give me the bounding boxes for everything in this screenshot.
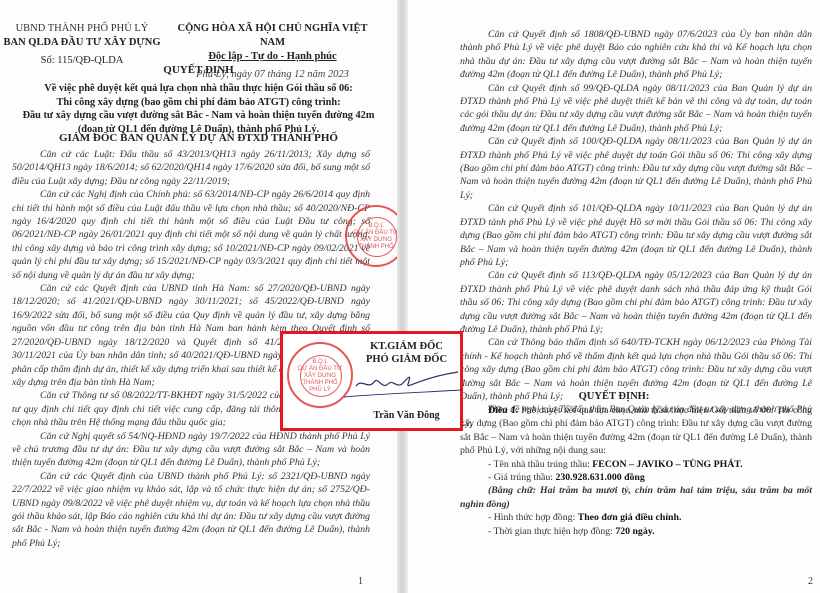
legal-basis-paragraph: Căn cứ Quyết định số 100/QĐ-QLDA ngày 08… xyxy=(460,135,812,202)
contract-type: - Hình thức hợp đồng: Theo đơn giá điều … xyxy=(460,511,812,524)
issuing-authority: GIÁM ĐỐC BAN QUẢN LÝ DỰ ÁN ĐTXD THÀNH PH… xyxy=(0,132,397,144)
field-label: - Thời gian thực hiện hợp đồng: xyxy=(488,526,615,537)
field-value: 230.928.631.000 đồng xyxy=(555,472,644,483)
parent-agency: UBND THÀNH PHỐ PHỦ LÝ xyxy=(2,22,162,36)
signer-title-line: KT.GIÁM ĐỐC xyxy=(353,340,460,353)
legal-basis-paragraph: Căn cứ Quyết định số 99/QĐ-QLDA ngày 08/… xyxy=(460,82,812,136)
national-title: CỘNG HÒA XÃ HỘI CHỦ NGHĨA VIỆT NAM xyxy=(170,22,375,50)
legal-basis-paragraph: Căn cứ Nghị quyết số 54/NQ-HĐND ngày 19/… xyxy=(12,430,370,470)
document-title: QUYẾT ĐỊNH xyxy=(0,64,397,76)
field-label: - Giá trúng thầu: xyxy=(488,472,555,483)
subject-line: Thi công xây dựng (bao gồm chi phí đảm b… xyxy=(5,96,392,110)
legal-basis-paragraph: Căn cứ các Luật: Đấu thầu số 43/2013/QH1… xyxy=(12,148,370,188)
legal-basis-paragraph: Căn cứ các Nghị định của Chính phủ: số 6… xyxy=(12,188,370,282)
issuing-agency: BAN QLDA ĐẦU TƯ XÂY DỰNG xyxy=(2,36,162,50)
winning-bidder: - Tên nhà thầu trúng thầu: FECON – JAVIK… xyxy=(460,458,812,471)
article-1-text: Điều 1. Phê duyệt kết quả lựa chọn nhà t… xyxy=(460,404,812,458)
legal-basis-paragraph: Căn cứ Quyết định số 113/QĐ-QLDA ngày 05… xyxy=(460,269,812,336)
page-divider xyxy=(397,0,408,593)
subject-line: Đầu tư xây dựng cầu vượt đường sắt Bắc -… xyxy=(5,109,392,123)
signer-name: Trần Văn Đông xyxy=(353,410,460,421)
legal-basis-paragraph: Căn cứ Quyết định số 1808/QĐ-UBND ngày 0… xyxy=(460,28,812,82)
handwritten-signature-icon xyxy=(338,364,463,404)
field-value: FECON – JAVIKO – TÙNG PHÁT. xyxy=(592,459,742,470)
field-label: - Tên nhà thầu trúng thầu: xyxy=(488,459,592,470)
field-value: Theo đơn giá điều chỉnh. xyxy=(578,512,682,523)
subject-line: Về việc phê duyệt kết quả lựa chọn nhà t… xyxy=(5,82,392,96)
seal-text: DỰ ÁN ĐẦU TƯ xyxy=(347,230,397,237)
field-label: - Hình thức hợp đồng: xyxy=(488,512,578,523)
legal-basis-paragraph: Căn cứ Quyết định số 101/QĐ-QLDA ngày 10… xyxy=(460,202,812,269)
article-label: Điều 1. xyxy=(488,405,518,416)
document-page-2: Căn cứ Quyết định số 1808/QĐ-UBND ngày 0… xyxy=(408,0,820,593)
document-subject: Về việc phê duyệt kết quả lựa chọn nhà t… xyxy=(5,82,392,136)
field-value: 720 ngày. xyxy=(615,526,654,537)
article-1: Điều 1. Phê duyệt kết quả lựa chọn nhà t… xyxy=(460,404,812,538)
seal-text: THÀNH PHỐ xyxy=(347,244,397,251)
issuing-agency-header: UBND THÀNH PHỐ PHỦ LÝ BAN QLDA ĐẦU TƯ XÂ… xyxy=(2,22,162,68)
page-number: 1 xyxy=(358,576,363,587)
decision-heading: QUYẾT ĐỊNH: xyxy=(408,391,820,402)
signature-highlight-box: B.Q.L DỰ ÁN ĐẦU TƯ XÂY DỰNG THÀNH PHỐ PH… xyxy=(280,331,463,431)
winning-price: - Giá trúng thầu: 230.928.631.000 đồng xyxy=(460,471,812,484)
seal-text: XÂY DỰNG xyxy=(347,237,397,244)
seal-text: B.Q.L xyxy=(347,223,397,230)
legal-basis-paragraph: Căn cứ các Quyết định của UBND thành phố… xyxy=(12,470,370,550)
legal-basis-section-continued: Căn cứ Quyết định số 1808/QĐ-UBND ngày 0… xyxy=(460,28,812,430)
page-number: 2 xyxy=(808,576,813,587)
document-page-1: UBND THÀNH PHỐ PHỦ LÝ BAN QLDA ĐẦU TƯ XÂ… xyxy=(0,0,397,593)
amount-in-words: (Bằng chữ: Hai trăm ba mươi tỷ, chín tră… xyxy=(460,484,812,511)
national-motto: Độc lập - Tự do - Hạnh phúc xyxy=(170,50,375,64)
contract-duration: - Thời gian thực hiện hợp đồng: 720 ngày… xyxy=(460,525,812,538)
signer-title: KT.GIÁM ĐỐC PHÓ GIÁM ĐỐC xyxy=(353,340,460,366)
